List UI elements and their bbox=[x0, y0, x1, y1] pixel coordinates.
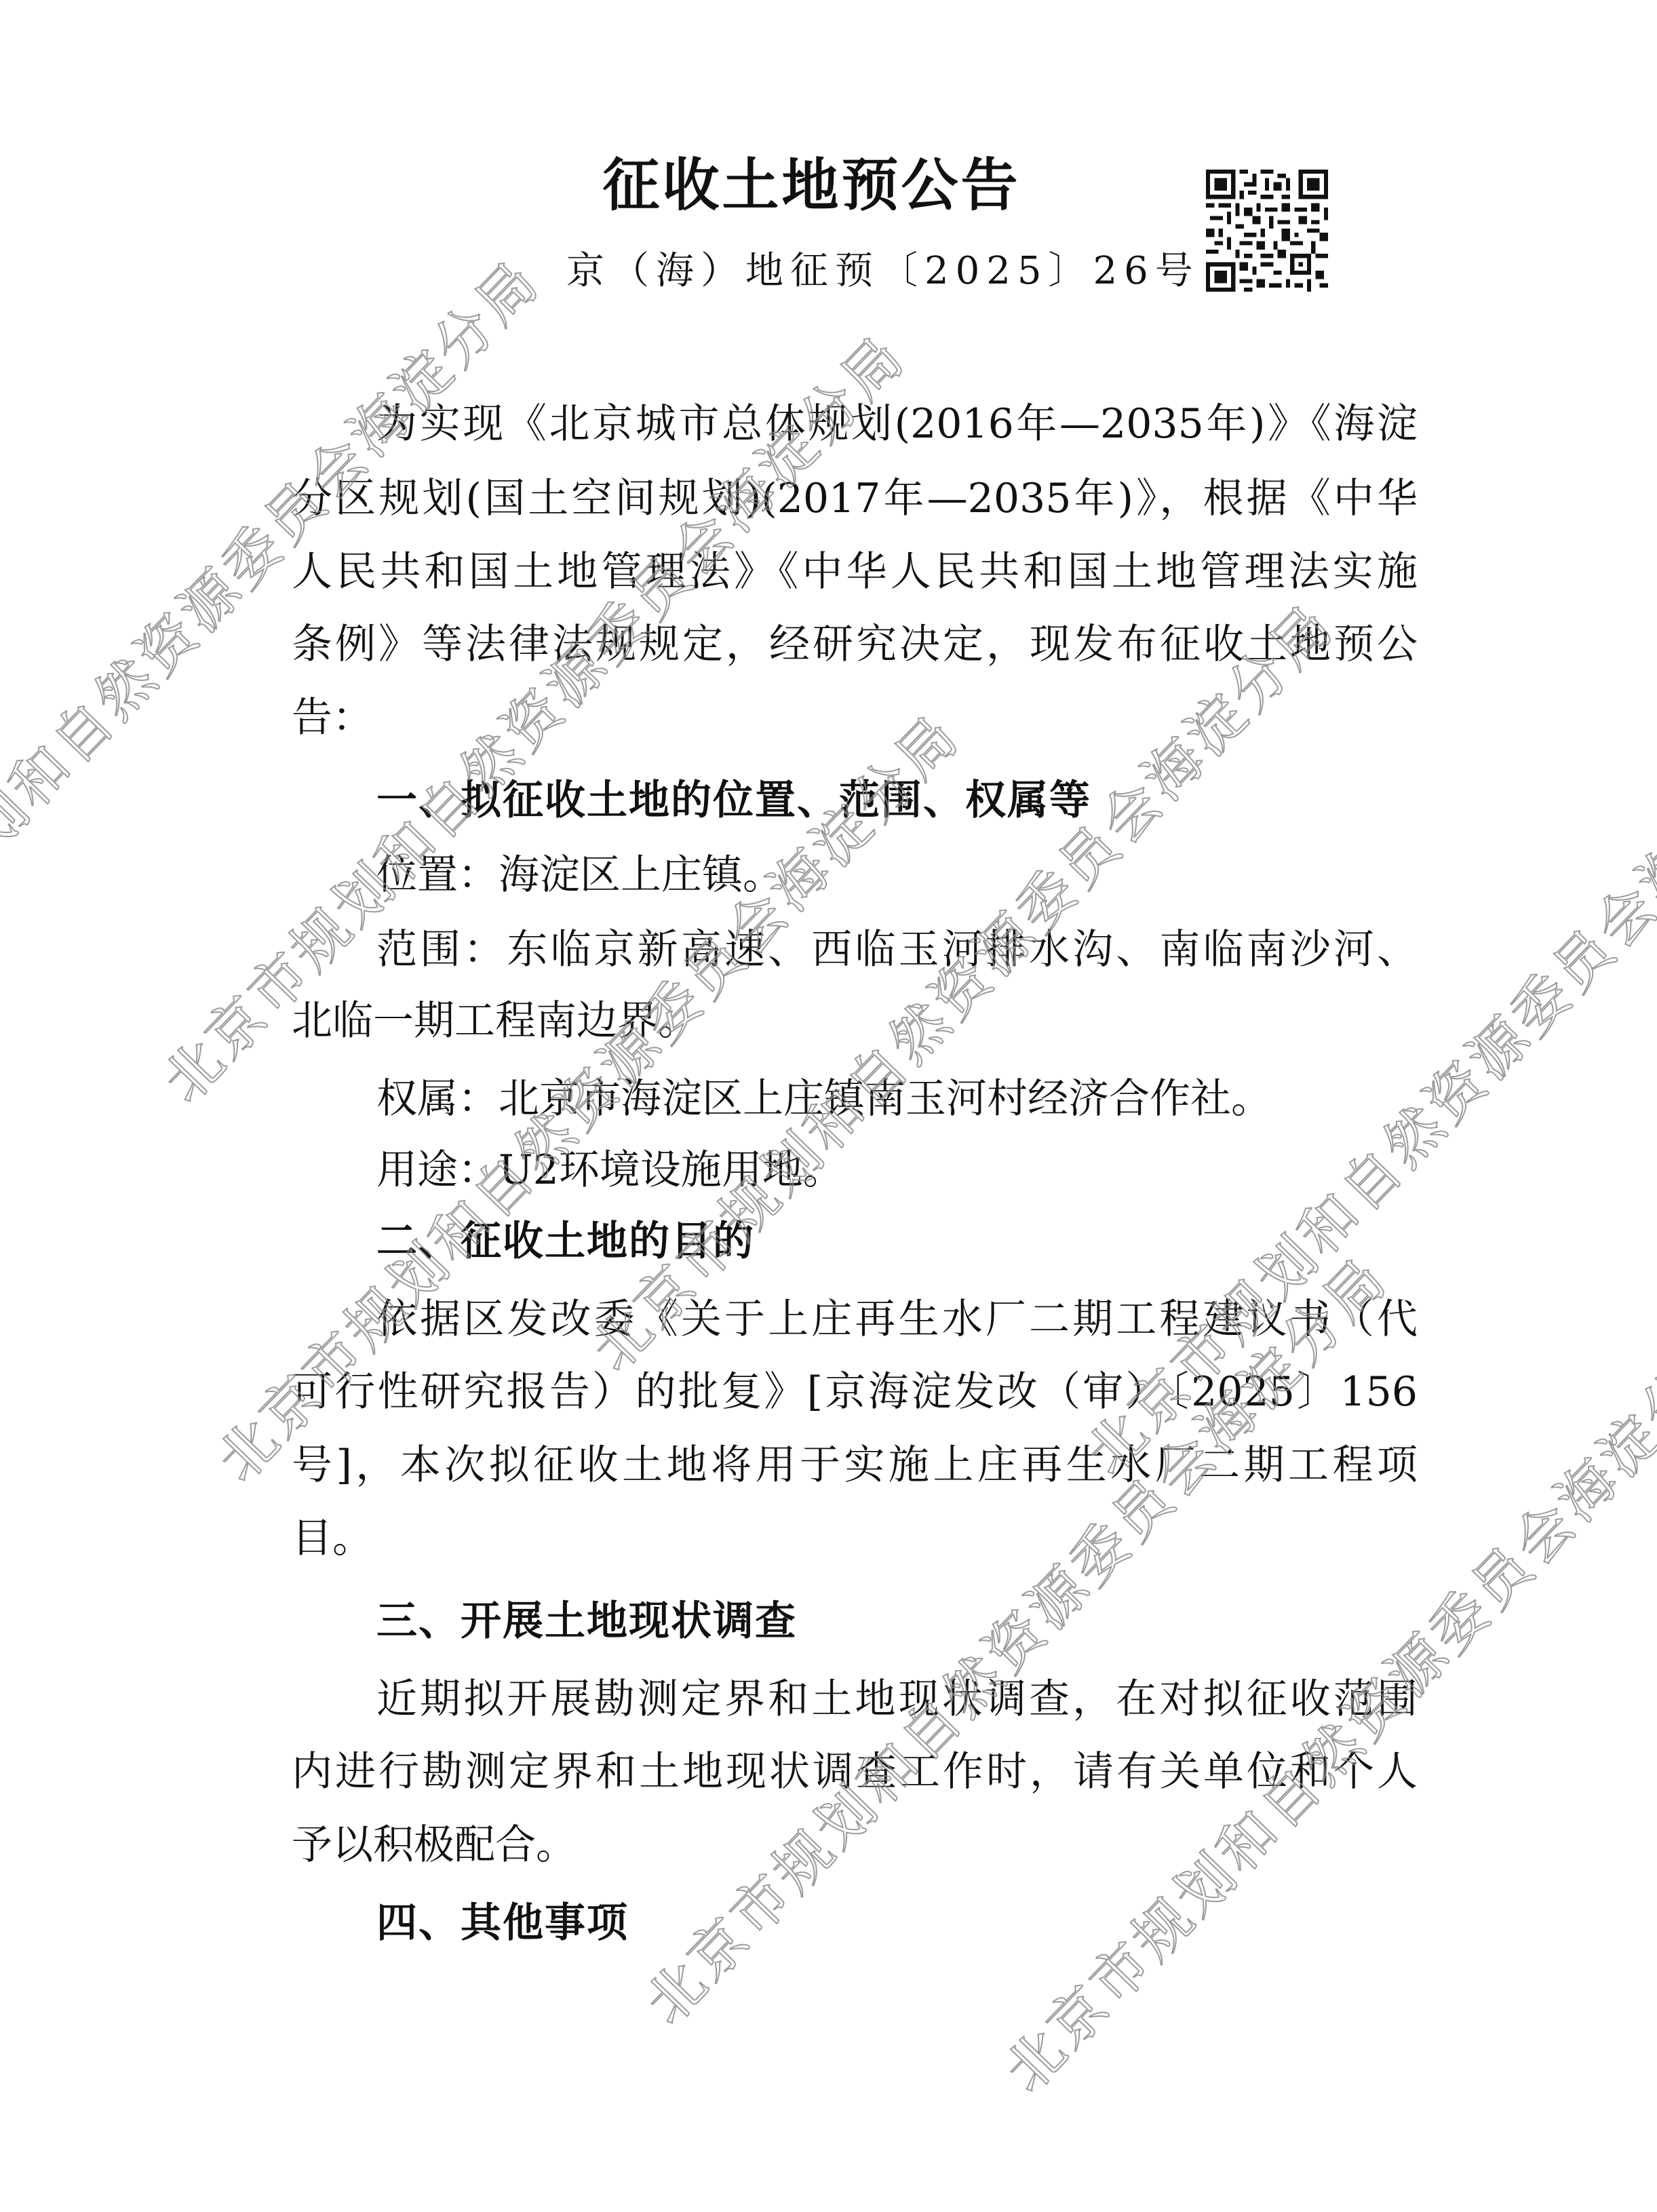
purpose-line-1: 依据区发改委《关于上庄再生水厂二期工程建议书（代 bbox=[376, 1292, 1418, 1346]
intro-line-2: 分区规划(国土空间规划)(2017年—2035年)》，根据《中华 bbox=[292, 471, 1418, 526]
section-heading-1: 一、拟征收土地的位置、范围、权属等 bbox=[376, 773, 1091, 828]
page-title: 征收土地预公告 bbox=[0, 148, 1657, 222]
intro-line-1: 为实现《北京城市总体规划(2016年—2035年)》《海淀 bbox=[376, 397, 1418, 451]
document-number: 京（海）地征预〔2025〕26号 bbox=[566, 247, 1143, 296]
section-heading-3: 三、开展土地现状调查 bbox=[376, 1594, 797, 1648]
scope-line-1: 范围：东临京新高速、西临玉河排水沟、南临南沙河、 bbox=[376, 923, 1418, 977]
usage-line: 用途：U2环境设施用地。 bbox=[376, 1143, 1418, 1197]
document-page: 征收土地预公告 京（海）地征预〔2025〕26号 为实现《北京城市总体规划(20… bbox=[0, 0, 1657, 2212]
ownership-line: 权属：北京市海淀区上庄镇南玉河村经济合作社。 bbox=[376, 1072, 1418, 1126]
scope-line-2: 北临一期工程南边界。 bbox=[292, 994, 1418, 1048]
section-heading-4: 四、其他事项 bbox=[376, 1896, 629, 1950]
intro-line-5: 告： bbox=[292, 691, 1418, 745]
location-line: 位置：海淀区上庄镇。 bbox=[376, 848, 1418, 902]
purpose-line-2: 可行性研究报告）的批复》[京海淀发改（审）〔2025〕156 bbox=[292, 1365, 1418, 1419]
intro-line-4: 条例》等法律法规规定，经研究决定，现发布征收土地预公 bbox=[292, 617, 1418, 672]
survey-line-1: 近期拟开展勘测定界和土地现状调查，在对拟征收范围 bbox=[376, 1672, 1418, 1726]
section-heading-2: 二、征收土地的目的 bbox=[376, 1214, 755, 1268]
purpose-line-4: 目。 bbox=[292, 1511, 1418, 1566]
purpose-line-3: 号]，本次拟征收土地将用于实施上庄再生水厂二期工程项 bbox=[292, 1438, 1418, 1492]
survey-line-2: 内进行勘测定界和土地现状调查工作时，请有关单位和个人 bbox=[292, 1745, 1418, 1799]
survey-line-3: 予以积极配合。 bbox=[292, 1818, 1418, 1872]
intro-line-3: 人民共和国土地管理法》《中华人民共和国土地管理法实施 bbox=[292, 545, 1418, 599]
qr-code-icon bbox=[1205, 170, 1329, 292]
